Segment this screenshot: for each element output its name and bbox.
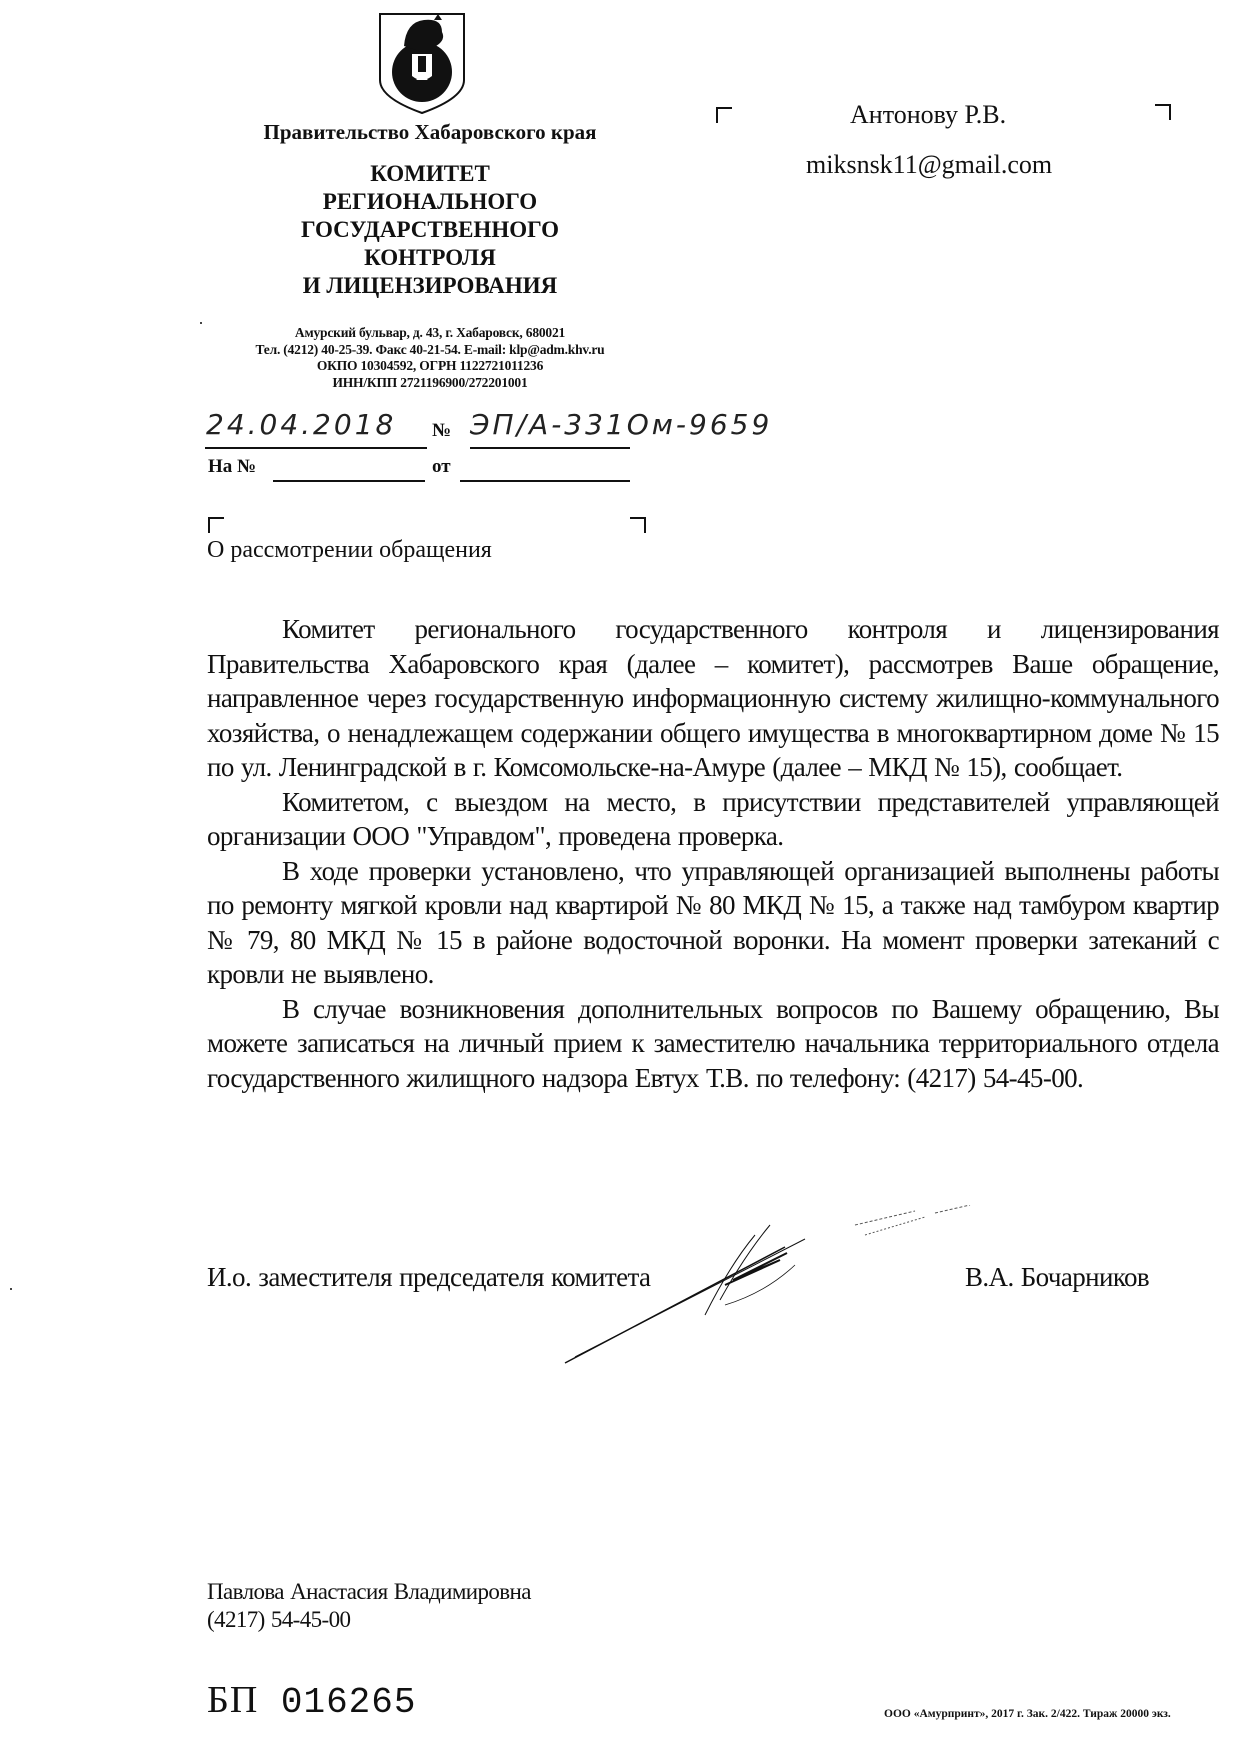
okpo-ogrn-line: ОКПО 10304592, ОГРН 1122721011236 (180, 358, 680, 375)
form-number: 016265 (281, 1682, 417, 1723)
committee-contacts: Амурский бульвар, д. 43, г. Хабаровск, 6… (180, 325, 680, 391)
recipient-bracket-right (1155, 104, 1171, 120)
body-paragraph: Комитет регионального государственного к… (207, 612, 1219, 785)
committee-line: ГОСУДАРСТВЕННОГО (230, 216, 630, 244)
recipient-name: Антонову Р.В. (850, 100, 1006, 130)
registration-number: ЭП/А-331Ом-9659 (470, 408, 772, 441)
reply-to-field (273, 480, 425, 482)
signatory-name: В.А. Бочарников (965, 1262, 1149, 1293)
subject-bracket-right (630, 517, 646, 533)
reply-to-label: На № (208, 456, 256, 478)
government-name: Правительство Хабаровского края (200, 120, 660, 145)
executor-phone: (4217) 54-45-00 (207, 1606, 531, 1634)
number-underline (470, 447, 630, 449)
body-paragraph: В случае возникновения дополнительных во… (207, 992, 1219, 1096)
address-line: Амурский бульвар, д. 43, г. Хабаровск, 6… (180, 325, 680, 342)
body-paragraph: В ходе проверки установлено, что управля… (207, 854, 1219, 992)
from-label: от (432, 456, 451, 478)
committee-line: РЕГИОНАЛЬНОГО (230, 188, 630, 216)
registration-date: 24.04.2018 (206, 408, 396, 441)
recipient-email: miksnsk11@gmail.com (806, 150, 1052, 180)
form-serial: БП 016265 (207, 1678, 417, 1723)
recipient-bracket-left (716, 107, 732, 123)
date-underline (205, 447, 427, 449)
committee-name: КОМИТЕТ РЕГИОНАЛЬНОГО ГОСУДАРСТВЕННОГО К… (230, 160, 630, 300)
executor-name: Павлова Анастасия Владимировна (207, 1578, 531, 1606)
form-series: БП (207, 1679, 258, 1721)
letter-body: Комитет регионального государственного к… (207, 612, 1219, 1095)
executor-contact: Павлова Анастасия Владимировна (4217) 54… (207, 1578, 531, 1634)
letter-subject: О рассмотрении обращения (207, 537, 492, 564)
body-paragraph: Комитетом, с выездом на место, в присутс… (207, 785, 1219, 854)
scan-speck (200, 322, 202, 324)
coat-of-arms-icon (376, 10, 468, 116)
committee-line: И ЛИЦЕНЗИРОВАНИЯ (230, 272, 630, 300)
scan-speck (10, 1288, 12, 1290)
from-date-field (460, 480, 630, 482)
subject-bracket-left (208, 517, 224, 533)
committee-line: КОМИТЕТ (230, 160, 630, 188)
printer-imprint: ООО «Амурпринт», 2017 г. Зак. 2/422. Тир… (884, 1708, 1171, 1720)
number-label: № (432, 420, 451, 442)
inn-kpp-line: ИНН/КПП 2721196900/272201001 (180, 375, 680, 392)
committee-line: КОНТРОЛЯ (230, 244, 630, 272)
phone-email-line: Тел. (4212) 40-25-39. Факс 40-21-54. E-m… (180, 342, 680, 359)
